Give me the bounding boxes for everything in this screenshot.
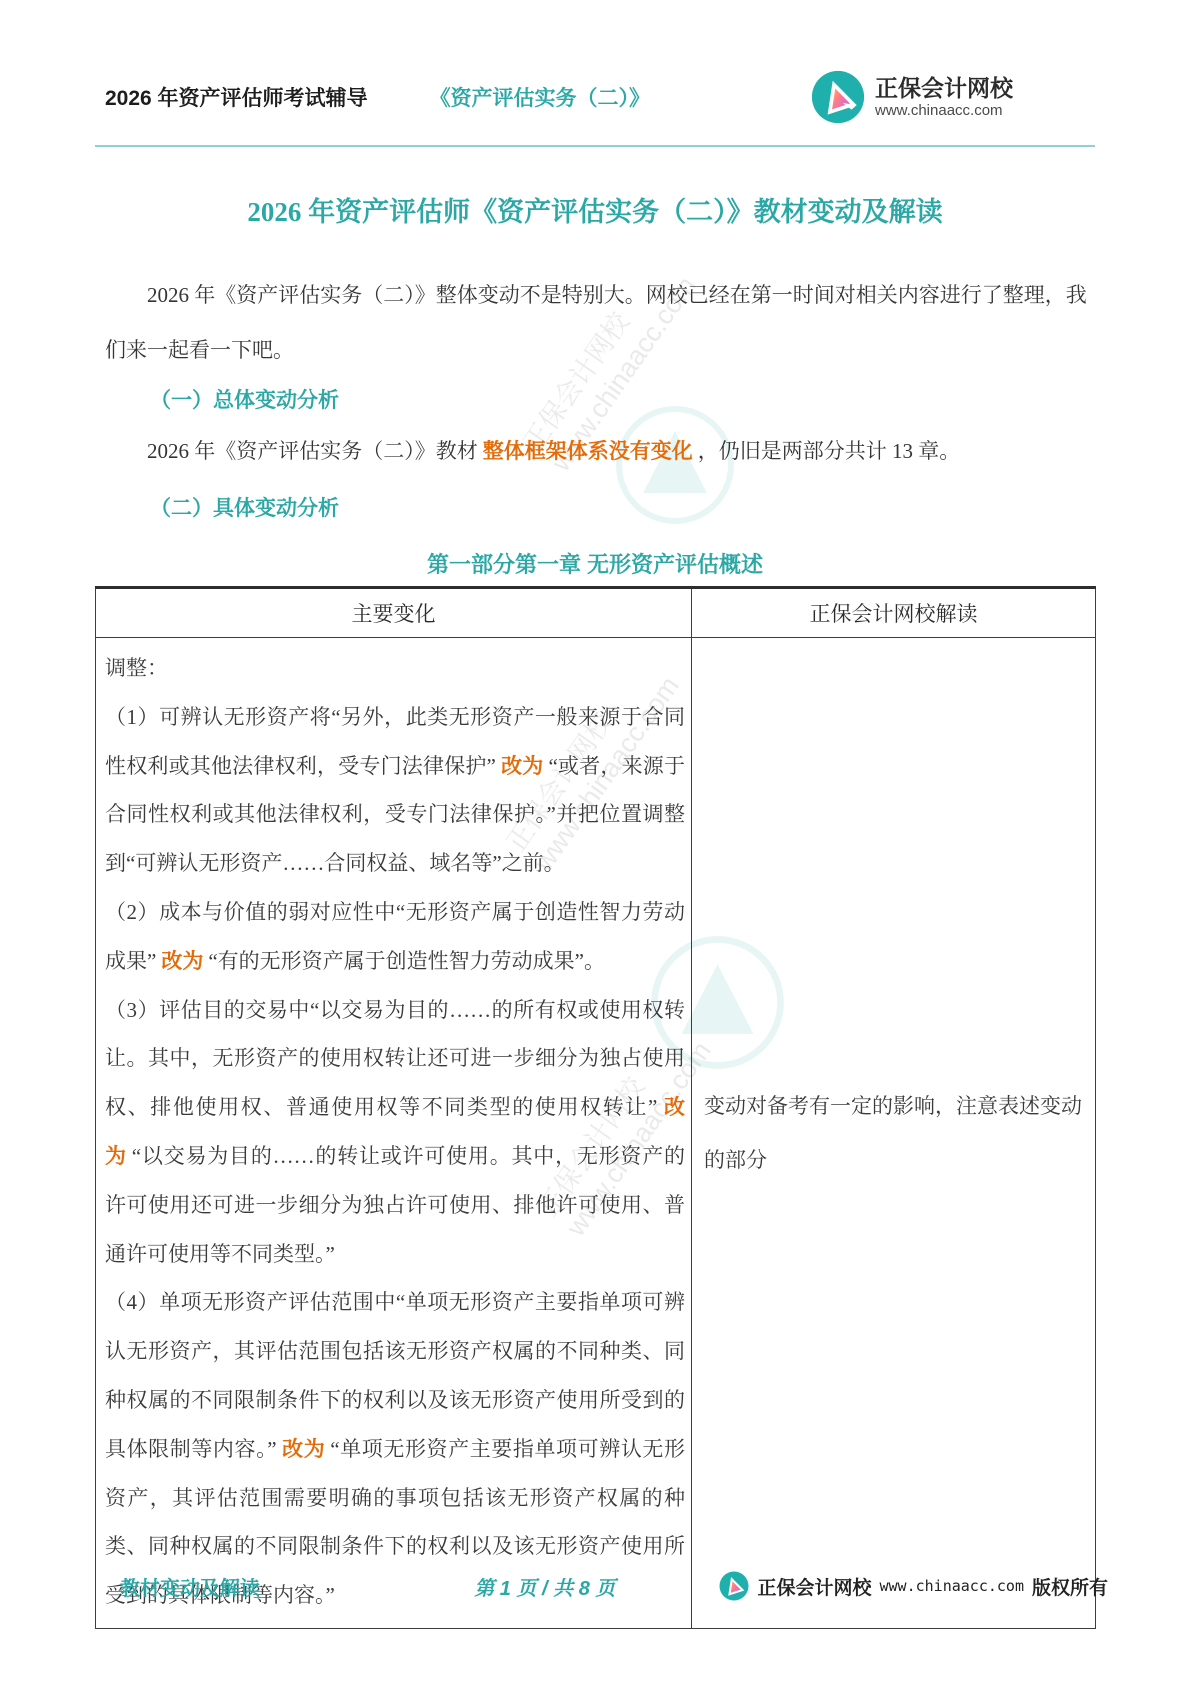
exam-tutoring-title: 2026 年资产评估师考试辅导: [105, 82, 368, 112]
brand-name: 正保会计网校: [875, 75, 1013, 101]
interpretation-cell: 变动对备考有一定的影响，注意表述变动的部分: [692, 638, 1096, 1629]
section-heading-detail: （二）具体变动分析: [150, 492, 339, 522]
footer-brand-name: 正保会计网校: [757, 1573, 871, 1600]
page-header: 2026 年资产评估师考试辅导 《资产评估实务（二）》 正保会计网校: [105, 70, 1095, 124]
table-row: 调整： （1）可辨认无形资产将“另外，此类无形资产一般来源于合同性权利或其他法律…: [96, 638, 1096, 1629]
section-heading-overall: （一）总体变动分析: [150, 384, 339, 414]
footer-brand-block: 正保会计网校 www.chinaacc.com 版权所有: [719, 1571, 1108, 1601]
footer-brand-url: www.chinaacc.com: [879, 1577, 1024, 1595]
brand-block: 正保会计网校 www.chinaacc.com: [811, 70, 1013, 124]
changes-table: 主要变化 正保会计网校解读 调整： （1）可辨认无形资产将“另外，此类无形资产一…: [95, 586, 1096, 1629]
column-header-interpretation: 正保会计网校解读: [692, 588, 1096, 638]
header-divider: [95, 145, 1095, 147]
section-overall-body: 2026 年《资产评估实务（二）》教材整体框架体系没有变化，仍旧是两部分共计 1…: [105, 424, 1092, 479]
highlight-text: 改为: [161, 949, 203, 973]
highlight-text: 改为: [501, 754, 544, 778]
brand-url: www.chinaacc.com: [875, 102, 1013, 119]
highlight-text: 改为: [282, 1437, 326, 1461]
page-title: 2026 年资产评估师《资产评估实务（二）》教材变动及解读: [0, 190, 1190, 229]
highlight-text: 整体框架体系没有变化: [483, 439, 693, 463]
course-title: 《资产评估实务（二）》: [430, 82, 651, 112]
table-header-row: 主要变化 正保会计网校解读: [96, 588, 1096, 638]
change-paragraph: （1）可辨认无形资产将“另外，此类无形资产一般来源于合同性权利或其他法律权利，受…: [105, 693, 685, 888]
main-changes-cell: 调整： （1）可辨认无形资产将“另外，此类无形资产一般来源于合同性权利或其他法律…: [96, 638, 692, 1629]
page-number-indicator: 第 1 页 / 共 8 页: [474, 1572, 615, 1601]
footer-copyright: 版权所有: [1032, 1573, 1108, 1600]
document-page: 正保会计网校www.chinaacc.com 正保会计网校www.chinaac…: [0, 0, 1190, 1683]
brand-logo-icon: [811, 70, 865, 124]
intro-paragraph: 2026 年《资产评估实务（二）》整体变动不是特别大。网校已经在第一时间对相关内…: [105, 268, 1092, 378]
footer-doc-label: 教材变动及解读: [120, 1572, 260, 1601]
change-paragraph: 调整：: [105, 644, 685, 693]
column-header-main-changes: 主要变化: [96, 588, 692, 638]
change-paragraph: （2）成本与价值的弱对应性中“无形资产属于创造性智力劳动成果”改为“有的无形资产…: [105, 888, 685, 986]
chapter-heading: 第一部分第一章 无形资产评估概述: [0, 548, 1190, 579]
change-paragraph: （3）评估目的交易中“以交易为目的……的所有权或使用权转让。其中，无形资产的使用…: [105, 986, 685, 1279]
brand-text: 正保会计网校 www.chinaacc.com: [875, 75, 1013, 119]
page-footer: 教材变动及解读 第 1 页 / 共 8 页 正保会计网校 www.chinaac…: [120, 1566, 1108, 1606]
brand-logo-icon: [719, 1571, 749, 1601]
